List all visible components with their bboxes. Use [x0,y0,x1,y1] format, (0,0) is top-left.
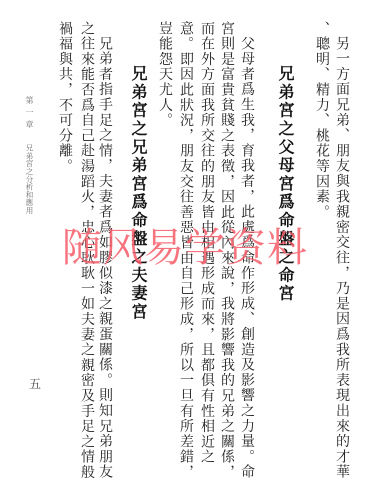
running-head-title: 兄弟宮之分析和應用 [25,144,33,214]
section-heading: 兄弟宮之兄弟宮爲命盤之夫妻宮 [130,65,146,321]
watermark: 随风易学资料 [62,225,308,271]
page-number: 五 [29,377,41,391]
paragraph-line: 另一方面兄弟、朋友與我親密交往，乃是因爲我所表現出來的才華 [335,36,349,480]
paragraph-line: 、聰明、精力、桃花等因素。 [315,21,329,220]
book-page: 另一方面兄弟、朋友與我親密交往，乃是因爲我所表現出來的才華 、聰明、精力、桃花等… [0,0,377,502]
paragraph-line: 禍福與共，不可分離。 [58,21,72,174]
paragraph-line: 豈能怨天尤人。 [158,21,172,128]
running-head-chapter: 第一章 [25,96,33,132]
